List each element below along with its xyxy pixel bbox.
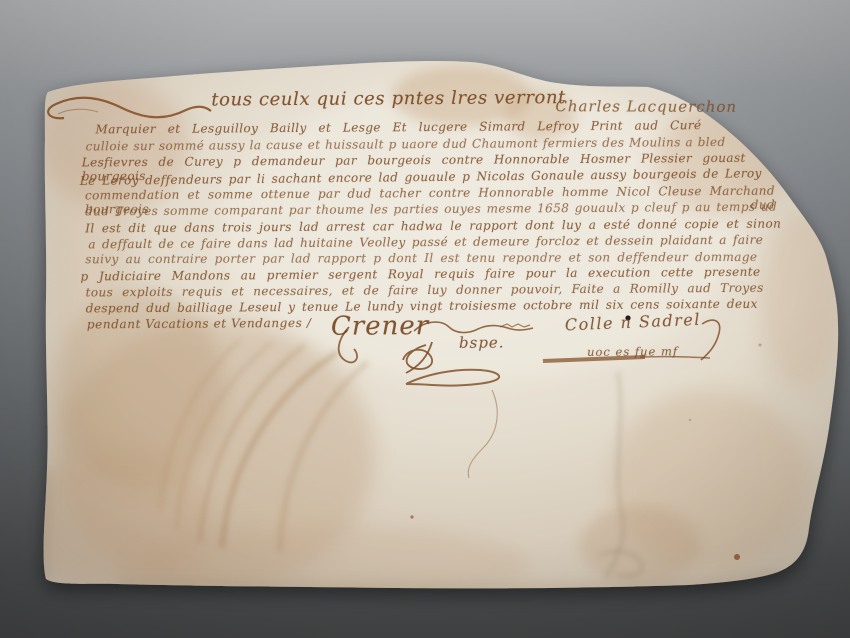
manuscript-line: a deffault de ce faire dans lad huitaine… <box>88 233 763 252</box>
opening-line-large: tous ceulx qui ces pntes lres verront <box>211 87 566 110</box>
signature-right-note: uoc es fue mf <box>587 344 678 359</box>
signature-left-note: bspe. <box>459 333 505 351</box>
manuscript-line: Marquier et Lesguilloy Bailly et Lesge E… <box>95 118 701 136</box>
signature-left-name: Crener <box>331 311 429 342</box>
manuscript-text: tous ceulx qui ces pntes lres verront Ch… <box>0 0 850 638</box>
signature-right-name: Colle n Sadrel <box>565 310 702 335</box>
opening-line-name: Charles Lacquerchon <box>555 97 737 116</box>
photo-of-manuscript: tous ceulx qui ces pntes lres verront Ch… <box>0 0 850 638</box>
closing-line: pendant Vacations et Vendanges / <box>87 316 312 332</box>
manuscript-line: suivy au contraire porter par lad rappor… <box>85 250 757 266</box>
